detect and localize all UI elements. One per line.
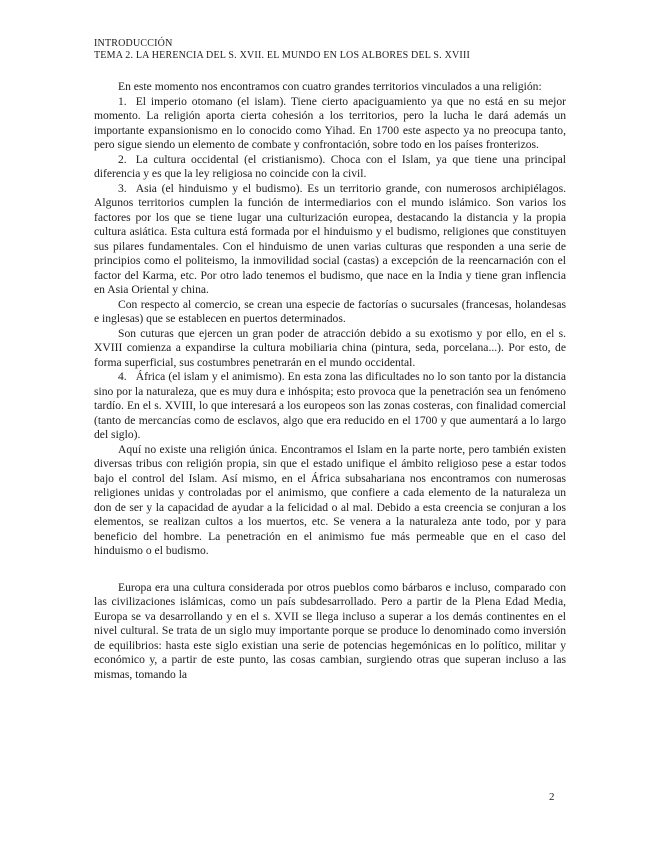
list-item-1: 1.El imperio otomano (el islam). Tiene c… bbox=[94, 95, 566, 153]
list-number-3: 3. bbox=[118, 182, 136, 195]
list-number-4: 4. bbox=[118, 370, 136, 383]
paragraph-culturas: Son cuturas que ejercen un gran poder de… bbox=[94, 327, 566, 371]
paragraph-text: África (el islam y el animismo). En esta… bbox=[94, 370, 566, 441]
page-header: INTRODUCCIÓN TEMA 2. LA HERENCIA DEL S. … bbox=[94, 38, 566, 61]
paragraph-text: La cultura occidental (el cristianismo).… bbox=[94, 153, 566, 181]
list-item-2: 2.La cultura occidental (el cristianismo… bbox=[94, 153, 566, 182]
paragraph-text: En este momento nos encontramos con cuat… bbox=[118, 80, 542, 93]
header-tema-title: TEMA 2. LA HERENCIA DEL S. XVII. EL MUND… bbox=[94, 50, 566, 62]
paragraph-europa: Europa era una cultura considerada por o… bbox=[94, 581, 566, 683]
paragraph-text: Asia (el hinduismo y el budismo). Es un … bbox=[94, 182, 566, 297]
paragraph-comercio: Con respecto al comercio, se crean una e… bbox=[94, 298, 566, 327]
header-introduction: INTRODUCCIÓN bbox=[94, 38, 566, 50]
paragraph-text: Europa era una cultura considerada por o… bbox=[94, 581, 566, 681]
paragraph-intro: En este momento nos encontramos con cuat… bbox=[94, 80, 566, 95]
list-item-3: 3.Asia (el hinduismo y el budismo). Es u… bbox=[94, 182, 566, 298]
list-number-2: 2. bbox=[118, 153, 136, 166]
paragraph-text: Aquí no existe una religión única. Encon… bbox=[94, 443, 566, 558]
content-column: INTRODUCCIÓN TEMA 2. LA HERENCIA DEL S. … bbox=[94, 38, 566, 682]
paragraph-text: Con respecto al comercio, se crean una e… bbox=[94, 298, 566, 326]
paragraph-text: Son cuturas que ejercen un gran poder de… bbox=[94, 327, 566, 369]
list-item-4: 4.África (el islam y el animismo). En es… bbox=[94, 370, 566, 443]
document-page: INTRODUCCIÓN TEMA 2. LA HERENCIA DEL S. … bbox=[0, 0, 656, 848]
paragraph-text: El imperio otomano (el islam). Tiene cie… bbox=[94, 95, 566, 152]
document-body: En este momento nos encontramos con cuat… bbox=[94, 80, 566, 682]
list-number-1: 1. bbox=[118, 95, 136, 108]
paragraph-religion-africa: Aquí no existe una religión única. Encon… bbox=[94, 443, 566, 559]
page-number: 2 bbox=[549, 791, 555, 803]
